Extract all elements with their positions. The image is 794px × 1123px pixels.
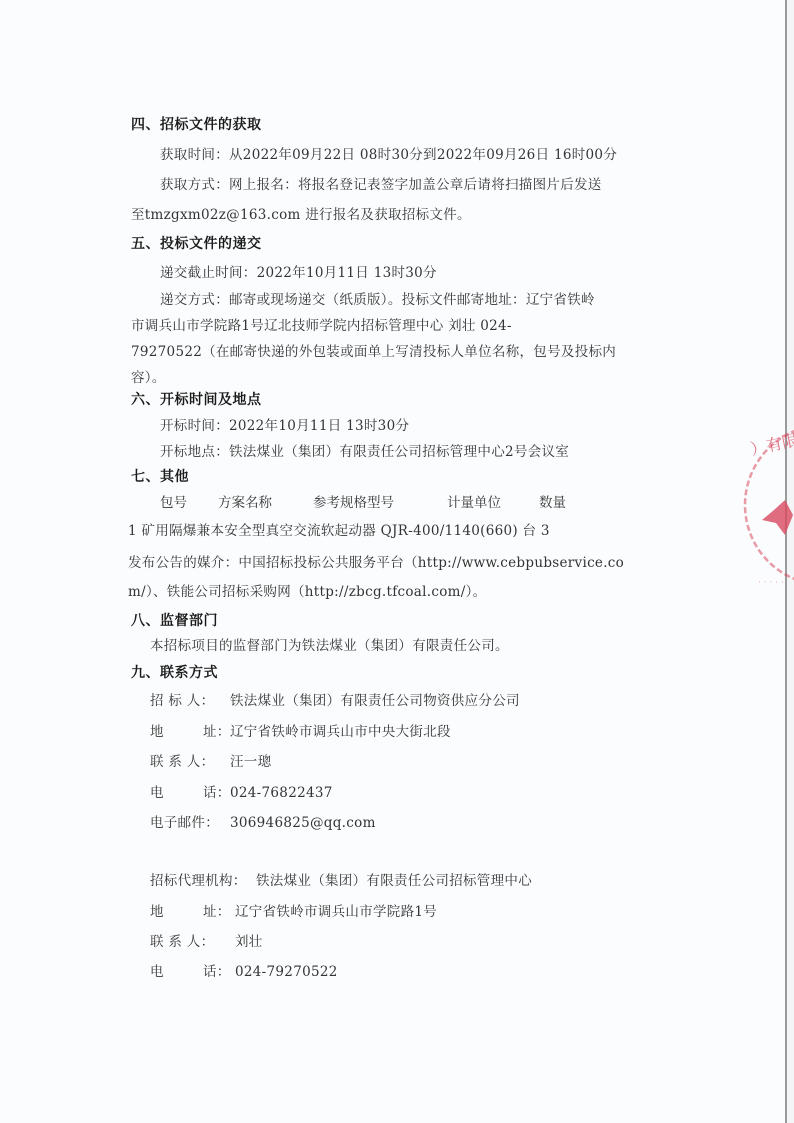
submit-method-line1: 递交方式：邮寄或现场递交（纸质版）。投标文件邮寄地址：辽宁省铁岭 [160, 292, 595, 308]
tenderer-phone-label: 电 [150, 785, 164, 801]
col-header-name: 方案名称 [218, 495, 272, 511]
section-heading-6: 六、开标时间及地点 [131, 392, 262, 408]
media-line1: 发布公告的媒介：中国招标投标公共服务平台（http://www.cebpubse… [128, 555, 624, 571]
section-heading-5: 五、投标文件的递交 [131, 236, 262, 252]
tenderer-email: 306946825@qq.com [230, 815, 376, 831]
media-line2: m/）、铁能公司招标采购网（http://zbcg.tfcoal.com/）。 [128, 584, 486, 600]
submit-method-line3: 79270522（在邮寄快递的外包装或面单上写清投标人单位名称，包号及投标内 [131, 344, 616, 360]
col-header-qty: 数量 [539, 495, 566, 511]
col-header-unit: 计量单位 [447, 495, 501, 511]
acquire-time: 获取时间：从2022年09月22日 08时30分到2022年09月26日 16时… [160, 147, 617, 163]
section-heading-7: 七、其他 [131, 469, 189, 485]
tenderer-name-label: 招 标 人： [150, 693, 214, 709]
opening-place: 开标地点：铁法煤业（集团）有限责任公司招标管理中心2号会议室 [160, 444, 569, 460]
agency-contact-person: 刘壮 [235, 934, 263, 950]
label-char: 话： [203, 785, 231, 801]
tenderer-contact-person: 汪一璁 [230, 754, 271, 770]
svg-text:）有限: ）有限 [749, 430, 794, 459]
tenderer-name: 铁法煤业（集团）有限责任公司物资供应分公司 [230, 693, 520, 709]
section-heading-9: 九、联系方式 [131, 665, 218, 681]
agency-name-label: 招标代理机构： [150, 873, 247, 889]
agency-phone: 024-79270522 [235, 964, 338, 980]
tenderer-address: 辽宁省铁岭市调兵山市中央大街北段 [230, 724, 451, 740]
label-char: 址： [203, 904, 231, 920]
tenderer-contact-label: 联 系 人： [150, 754, 214, 770]
seal-icon: ）有限 · · · · · [740, 405, 794, 605]
document-page: 四、招标文件的获取 获取时间：从2022年09月22日 08时30分到2022年… [0, 0, 794, 1123]
agency-address-label: 地 [150, 904, 164, 920]
agency-address-label-tail: 址： [203, 904, 231, 920]
acquire-method-line2: 至tmzgxm02z@163.com 进行报名及获取招标文件。 [131, 207, 471, 223]
submit-method-line2: 市调兵山市学院路1号辽北技师学院内招标管理中心 刘壮 024- [131, 318, 512, 334]
supervision-text: 本招标项目的监督部门为铁法煤业（集团）有限责任公司。 [150, 638, 509, 654]
tenderer-phone: 024-76822437 [230, 785, 333, 801]
agency-name: 铁法煤业（集团）有限责任公司招标管理中心 [256, 873, 532, 889]
label-char: 话： [203, 964, 231, 980]
acquire-method-line1: 获取方式：网上报名：将报名登记表签字加盖公章后请将扫描图片后发送 [160, 177, 602, 193]
agency-phone-label: 电 [150, 964, 164, 980]
agency-address: 辽宁省铁岭市调兵山市学院路1号 [235, 904, 437, 920]
agency-phone-label-tail: 话： [203, 964, 231, 980]
submit-method-line4: 容）。 [131, 370, 166, 386]
table-row: 1 矿用隔爆兼本安全型真空交流软起动器 QJR-400/1140(660) 台 … [128, 523, 550, 539]
svg-text:· · · · ·: · · · · · [758, 578, 784, 588]
tenderer-email-label: 电子邮件： [150, 815, 219, 831]
tenderer-phone-label-tail: 话： [203, 785, 231, 801]
label-char: 址： [203, 724, 231, 740]
section-heading-4: 四、招标文件的获取 [131, 117, 262, 133]
tenderer-address-label-tail: 址： [203, 724, 231, 740]
label-char: 电 [150, 785, 164, 801]
agency-contact-label: 联 系 人： [150, 934, 214, 950]
label-char: 地 [150, 724, 164, 740]
col-header-model: 参考规格型号 [313, 495, 394, 511]
official-seal-stamp: ）有限 · · · · · [740, 405, 794, 605]
label-char: 地 [150, 904, 164, 920]
tenderer-address-label: 地 [150, 724, 164, 740]
label-char: 电 [150, 964, 164, 980]
opening-time: 开标时间：2022年10月11日 13时30分 [160, 418, 409, 434]
submit-deadline: 递交截止时间：2022年10月11日 13时30分 [160, 265, 437, 281]
section-heading-8: 八、监督部门 [131, 613, 218, 629]
col-header-package: 包号 [160, 495, 187, 511]
